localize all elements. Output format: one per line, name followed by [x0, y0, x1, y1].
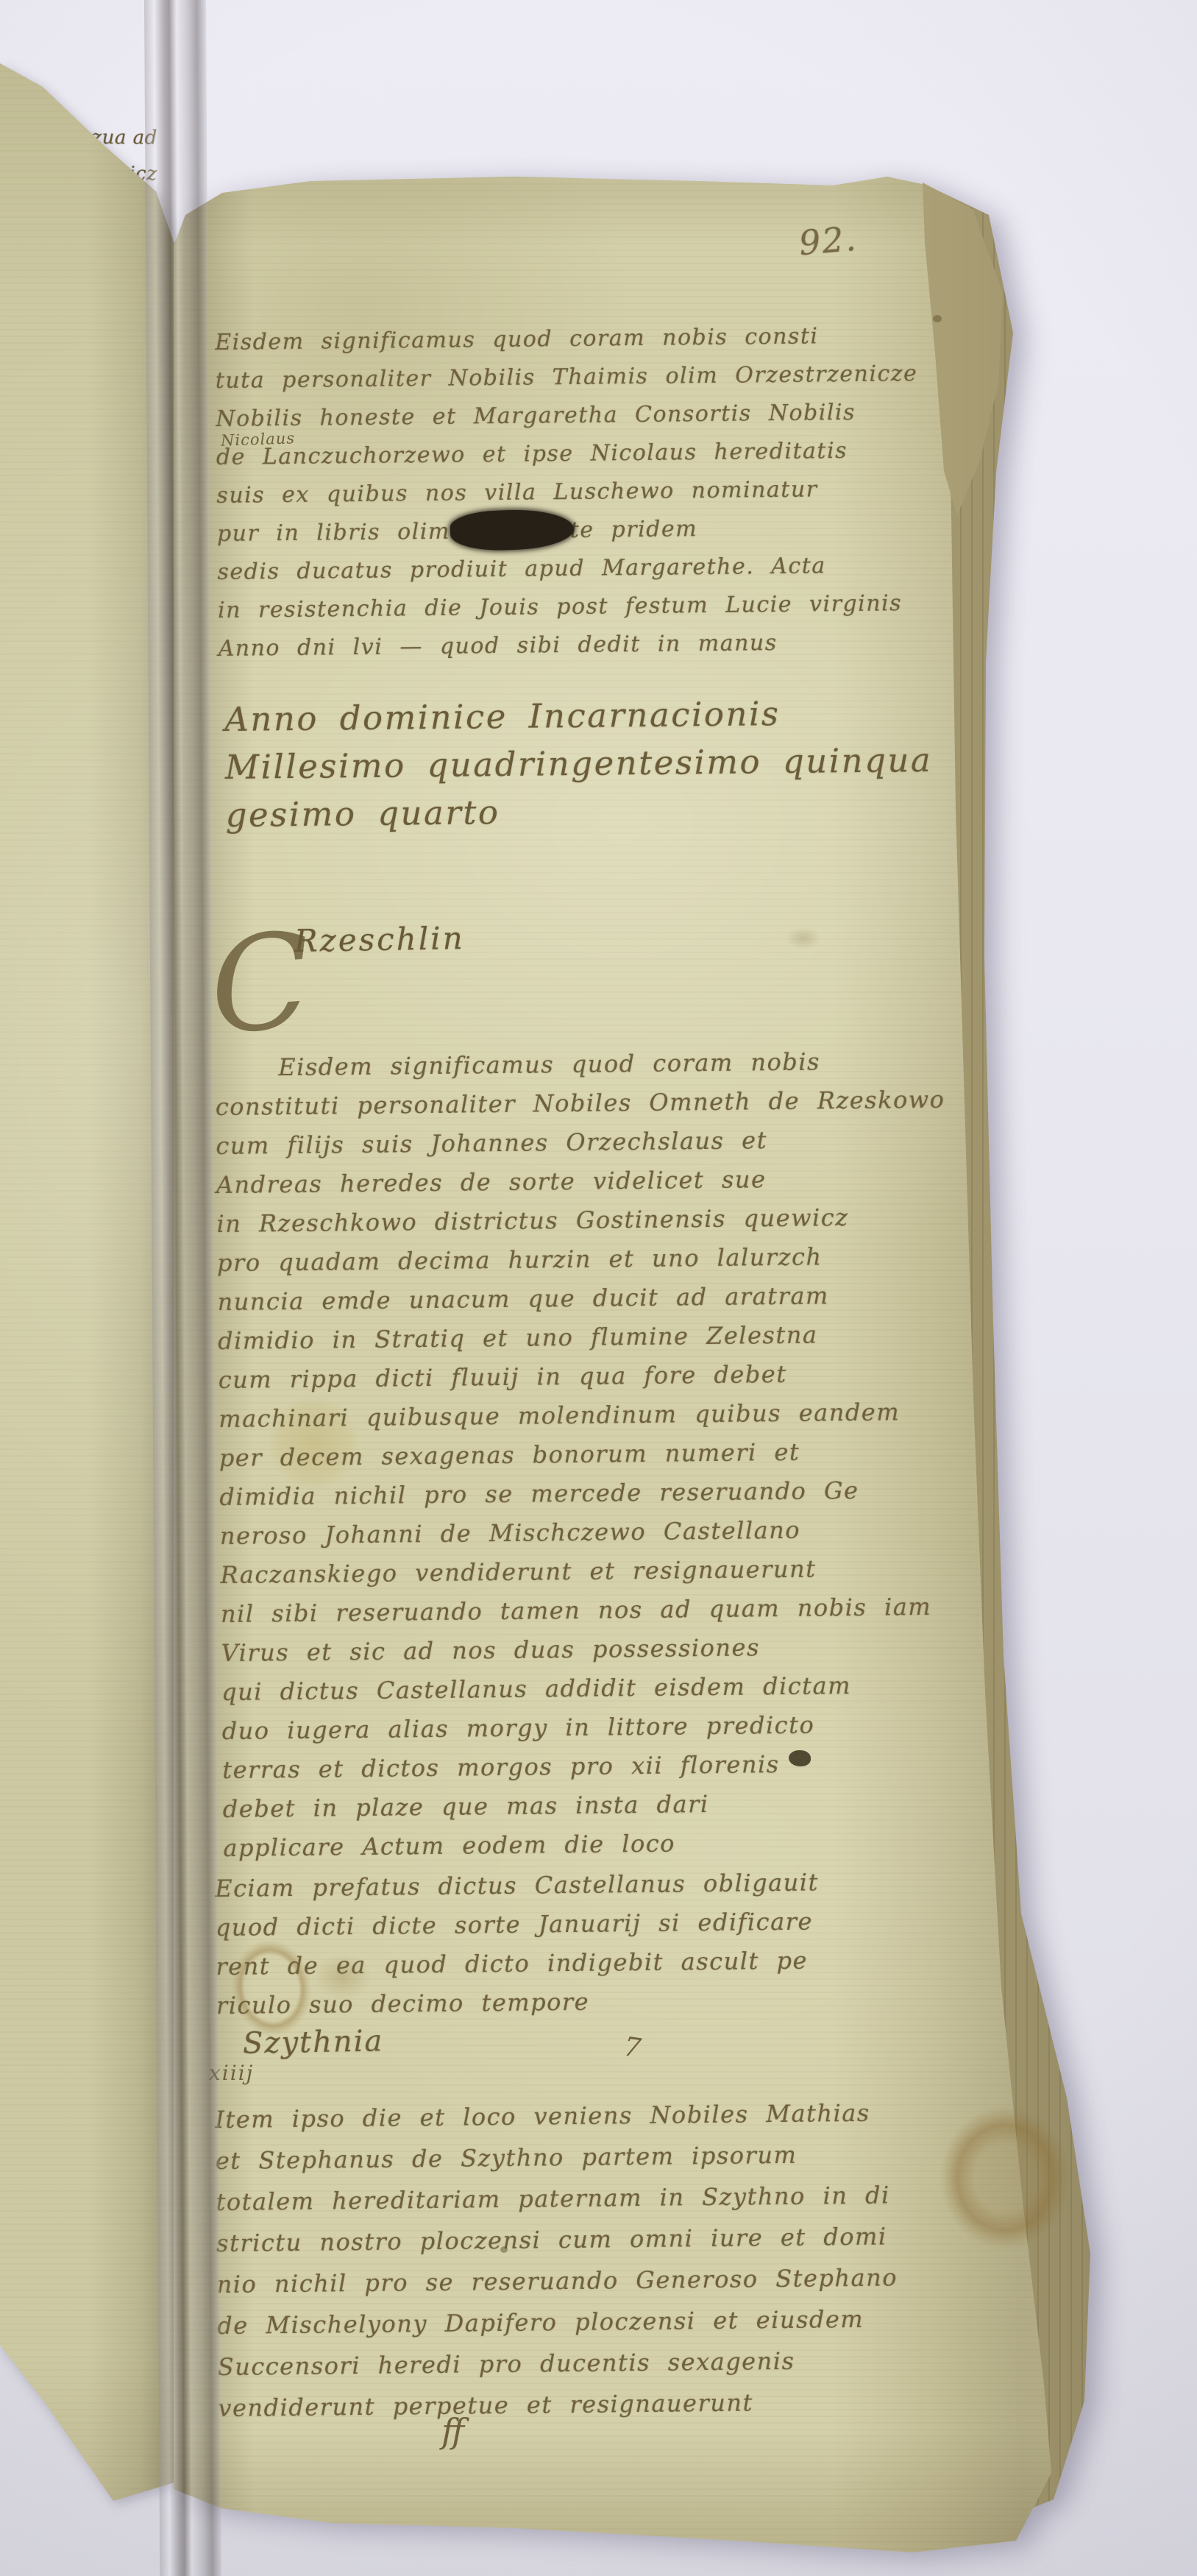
- text-line: strictu nostro ploczensi cum omni iure e…: [216, 2215, 898, 2264]
- text-line: Succensori heredi pro ducentis sexagenis: [218, 2339, 899, 2388]
- year-heading: Anno dominice IncarnacionisMillesimo qua…: [224, 688, 933, 839]
- entry-1-text: Eisdem significamus quod coram nobis con…: [215, 316, 920, 668]
- entry-2-text: Eisdem significamus quod coram nobiscons…: [215, 1041, 953, 1868]
- margin-heading: Szythnia: [243, 2024, 384, 2060]
- manuscript-photo: de azua addel. Herewiczdurkne peczblani …: [0, 0, 1197, 2576]
- text-line: quod dicti dicte sorte Januarij si edifi…: [216, 1902, 820, 1947]
- text-line: in resistenchia die Jouis post festum Lu…: [218, 584, 920, 630]
- text-line: dimidia nichil pro se mercede reseruando…: [219, 1471, 949, 1517]
- text-line: Anno dominice Incarnacionis: [224, 688, 932, 743]
- text-line: vendiderunt perpetue et resignauerunt: [218, 2380, 899, 2429]
- closing-ff-mark: ff: [441, 2411, 462, 2451]
- text-line: Item ipso die et loco veniens Nobiles Ma…: [215, 2092, 896, 2140]
- text-line: Anno dni lvi — quod sibi dedit in manus: [218, 623, 920, 668]
- text-line: Millesimo quadringentesimo quinqua: [225, 736, 933, 791]
- text-line: riculo suo decimo tempore: [216, 1980, 820, 2025]
- text-line: totalem hereditariam paternam in Szythno…: [216, 2174, 897, 2223]
- text-line: et Stephanus de Szythno partem ipsorum: [216, 2133, 897, 2182]
- page-number: 92.: [798, 219, 859, 263]
- text-line: rent de ea quod dicto indigebit ascult p…: [216, 1941, 820, 1986]
- text-line: constituti personaliter Nobiles Omneth d…: [216, 1080, 945, 1127]
- text-line: applicare Actum eodem die loco: [223, 1822, 953, 1868]
- interlinear-insertion: Nicolaus: [221, 429, 296, 450]
- entry-3-text: Item ipso die et loco veniens Nobiles Ma…: [215, 2092, 899, 2429]
- text-line: gesimo quarto: [225, 784, 933, 839]
- text-line: Eciam prefatus dictus Castellanus obliga…: [215, 1863, 819, 1908]
- section-heading: Rzeschlin: [294, 920, 465, 959]
- text-line: qui dictus Castellanus addidit eisdem di…: [221, 1666, 951, 1712]
- text-line: nil sibi reseruando tamen nos ad quam no…: [221, 1588, 951, 1634]
- text-line: nio nichil pro se reseruando Generoso St…: [216, 2257, 898, 2305]
- entry-2-continuation-text: Eciam prefatus dictus Castellanus obliga…: [215, 1863, 820, 2025]
- text-line: machinari quibusque molendinum quibus ea…: [219, 1393, 948, 1439]
- text-line: in Rzeschkowo districtus Gostinensis que…: [216, 1197, 946, 1244]
- text-line: suis ex quibus nos villa Luschewo nomina…: [216, 470, 919, 515]
- text-line: de Mischelyony Dapifero ploczensi et eiu…: [217, 2298, 898, 2346]
